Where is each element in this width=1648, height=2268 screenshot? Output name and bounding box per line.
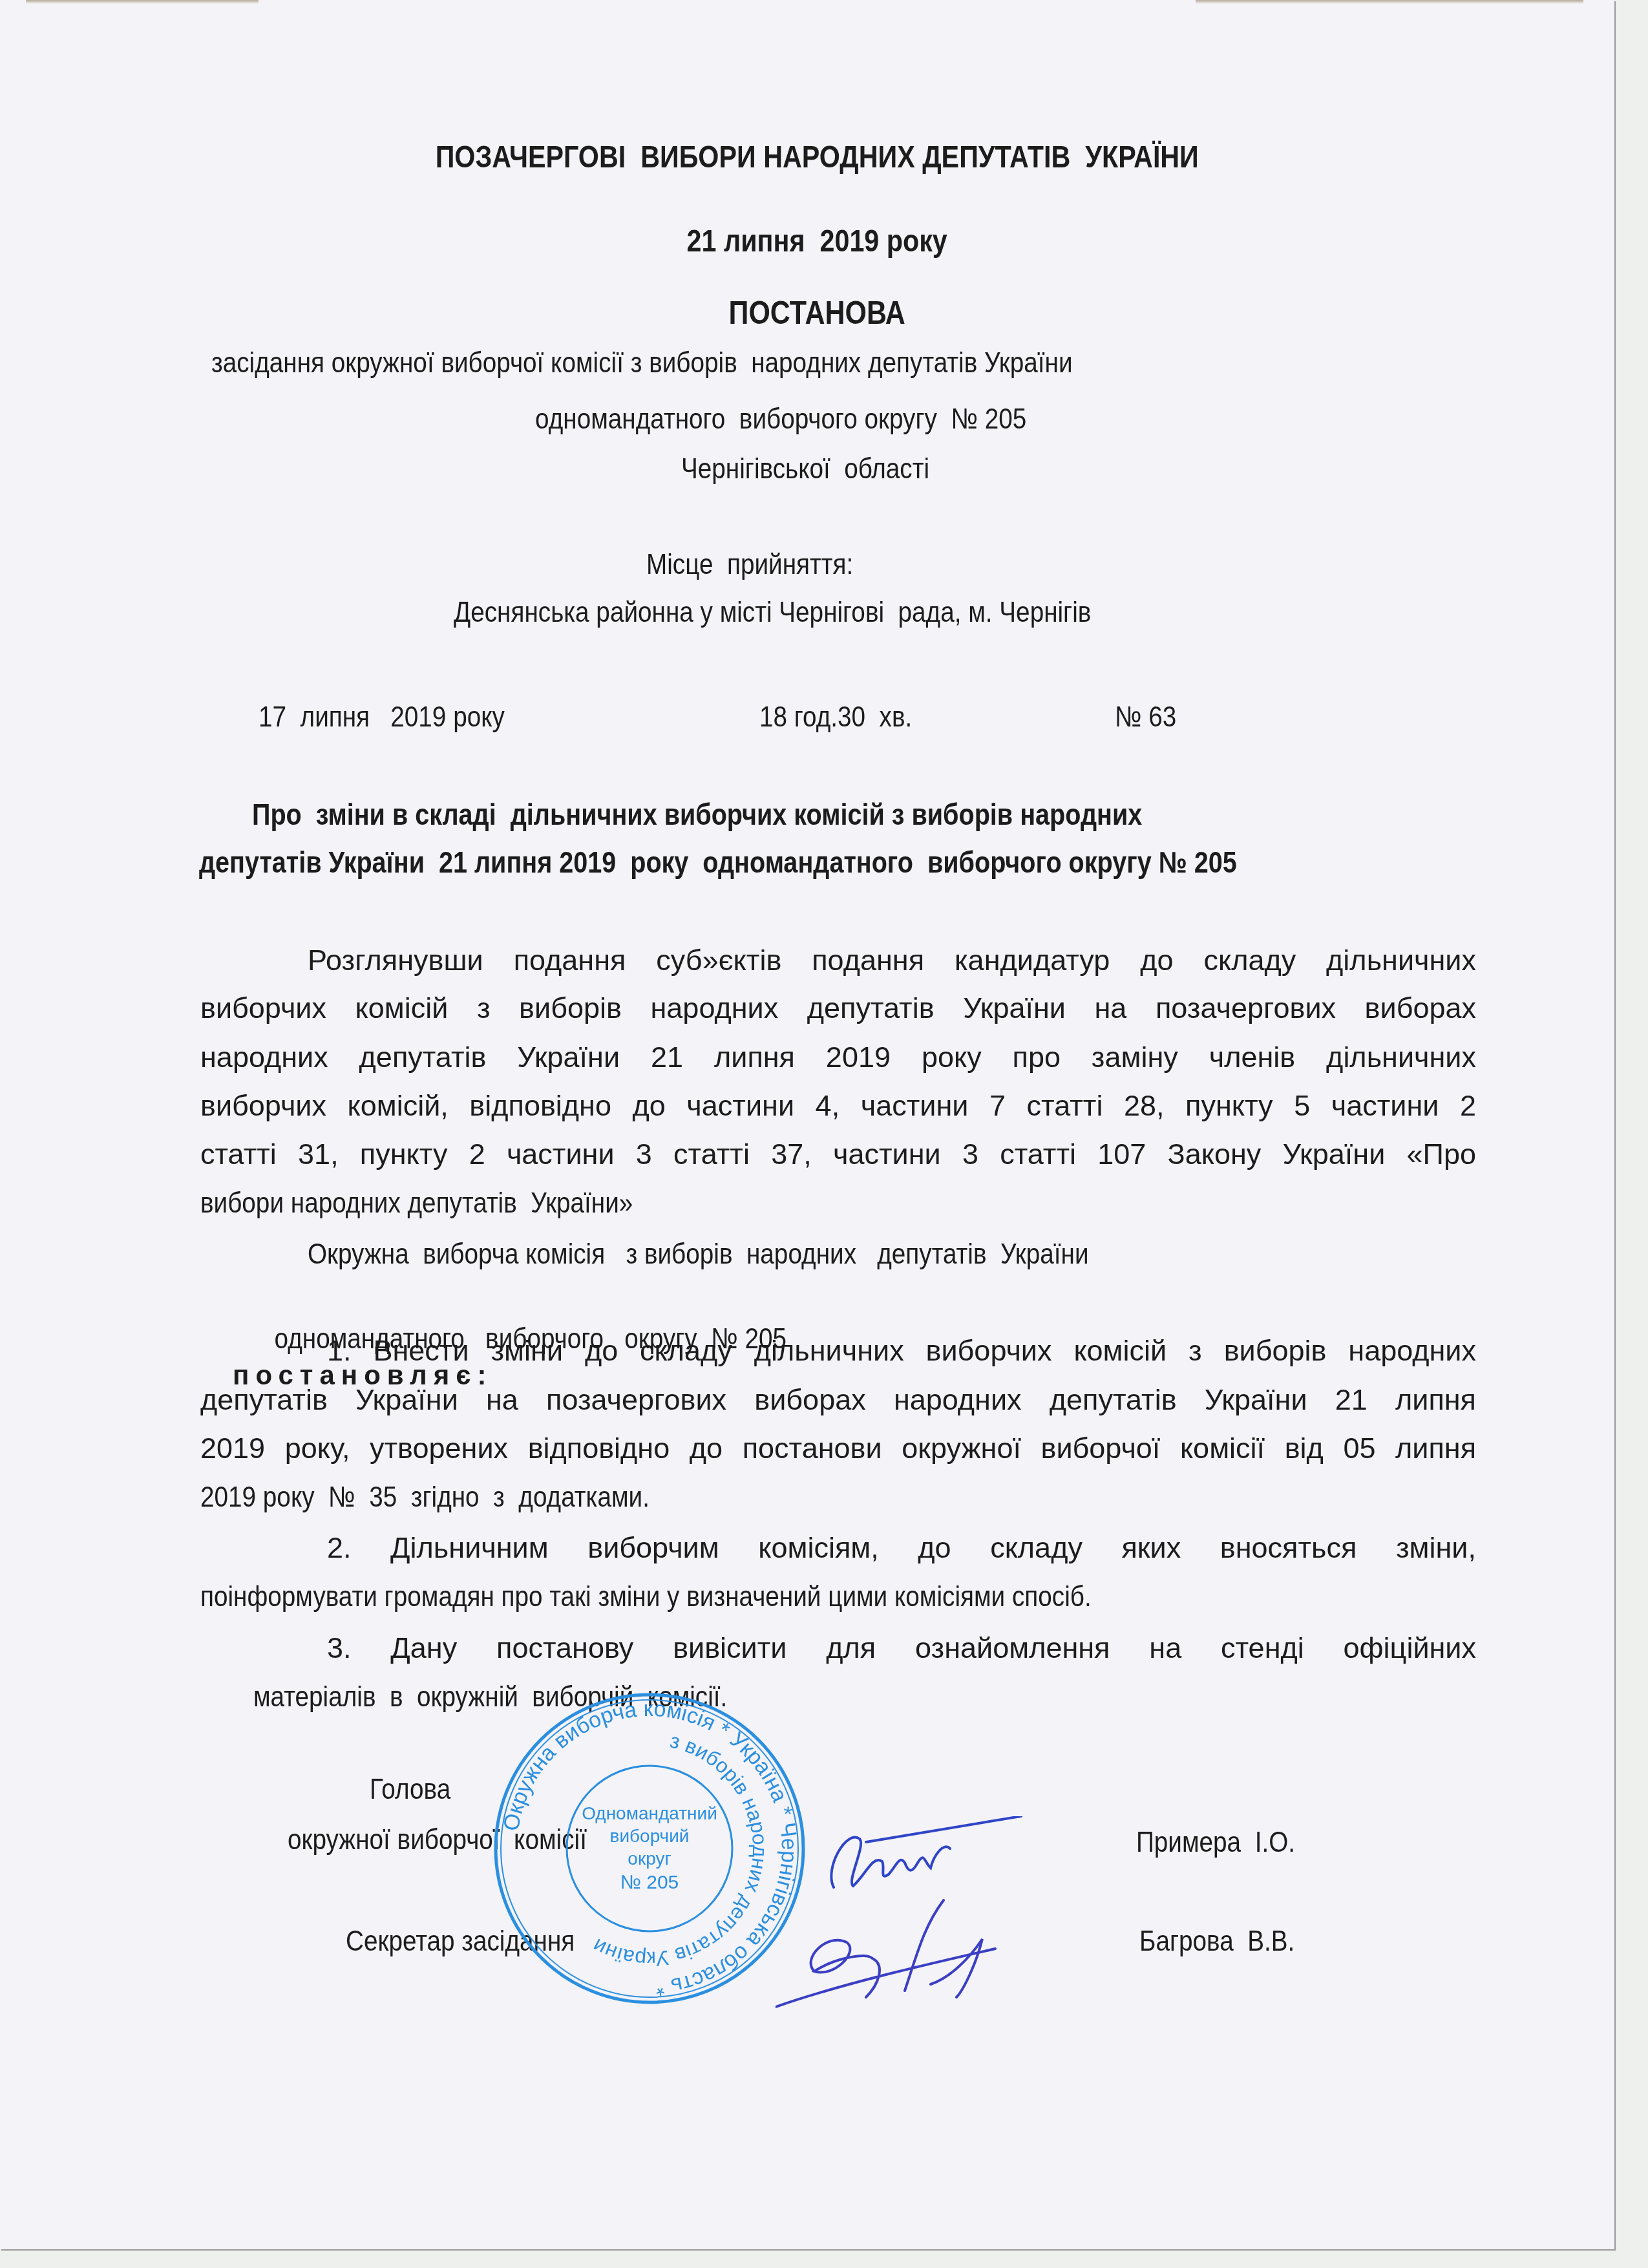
svg-text:округ: округ [628, 1849, 671, 1869]
chair-name: Примера І.О. [1136, 1824, 1295, 1860]
preamble-line: вибори народних депутатів України» [200, 1185, 633, 1221]
preamble-line: статті 31, пункту 2 частини 3 статті 37,… [200, 1136, 1476, 1172]
item-1-line: 2019 року № 35 згідно з додатками. [200, 1479, 650, 1515]
item-1-line: депутатів України на позачергових вибора… [200, 1382, 1476, 1418]
item-3-line: 3. Дану постанову вивісити для ознайомле… [327, 1630, 1476, 1666]
document-type: ПОСТАНОВА [0, 295, 1634, 331]
scan-edge-shadow [26, 0, 259, 4]
resolving-line-1: Окружна виборча комісія з виборів народн… [308, 1236, 1089, 1272]
issuer-line-2: одномандатного виборчого округу № 205 [535, 401, 1026, 437]
chair-label: Голова [370, 1771, 450, 1807]
document-number: № 63 [1115, 699, 1176, 735]
item-1-line: 1. Внести зміни до складу дільничних виб… [327, 1333, 1476, 1369]
preamble-line: виборчих комісій з виборів народних депу… [200, 990, 1476, 1026]
preamble-line: Розглянувши подання суб»єктів подання ка… [308, 942, 1476, 979]
place-label: Місце прийняття: [646, 546, 853, 582]
item-1-line: 2019 року, утворених відповідно до поста… [200, 1430, 1476, 1467]
item-2-line: 2. Дільничним виборчим комісіям, до скла… [327, 1530, 1476, 1566]
svg-text:виборчий: виборчий [610, 1826, 690, 1846]
election-title: ПОЗАЧЕРГОВІ ВИБОРИ НАРОДНИХ ДЕПУТАТІВ УК… [0, 140, 1634, 176]
preamble-line: виборчих комісій, відповідно до частини … [200, 1088, 1476, 1124]
issuer-line-1: засідання окружної виборчої комісії з ви… [211, 344, 1073, 381]
secretary-signature-icon [776, 1887, 1047, 2010]
preamble-line: народних депутатів України 21 липня 2019… [200, 1039, 1476, 1076]
official-stamp-icon: Окружна виборча комісія * Україна * Черн… [488, 1687, 811, 2010]
secretary-name: Багрова В.В. [1139, 1923, 1294, 1959]
svg-text:Одномандатний: Одномандатний [582, 1803, 717, 1823]
svg-text:№ 205: № 205 [620, 1872, 679, 1893]
document-page: ПОЗАЧЕРГОВІ ВИБОРИ НАРОДНИХ ДЕПУТАТІВ УК… [0, 0, 1614, 2249]
subject-line-1: Про зміни в складі дільничних виборчих к… [252, 796, 1142, 832]
adoption-time: 18 год.30 хв. [759, 699, 912, 735]
issuer-line-3: Чернігівської області [681, 450, 929, 487]
election-date: 21 липня 2019 року [0, 224, 1634, 260]
item-2-line: поінформувати громадян про такі зміни у … [200, 1578, 1092, 1615]
adoption-date: 17 липня 2019 року [259, 699, 505, 735]
place-value: Деснянська районна у місті Чернігові рад… [454, 594, 1091, 630]
scan-edge-shadow [1196, 0, 1583, 4]
subject-line-2: депутатів України 21 липня 2019 року одн… [199, 844, 1237, 880]
